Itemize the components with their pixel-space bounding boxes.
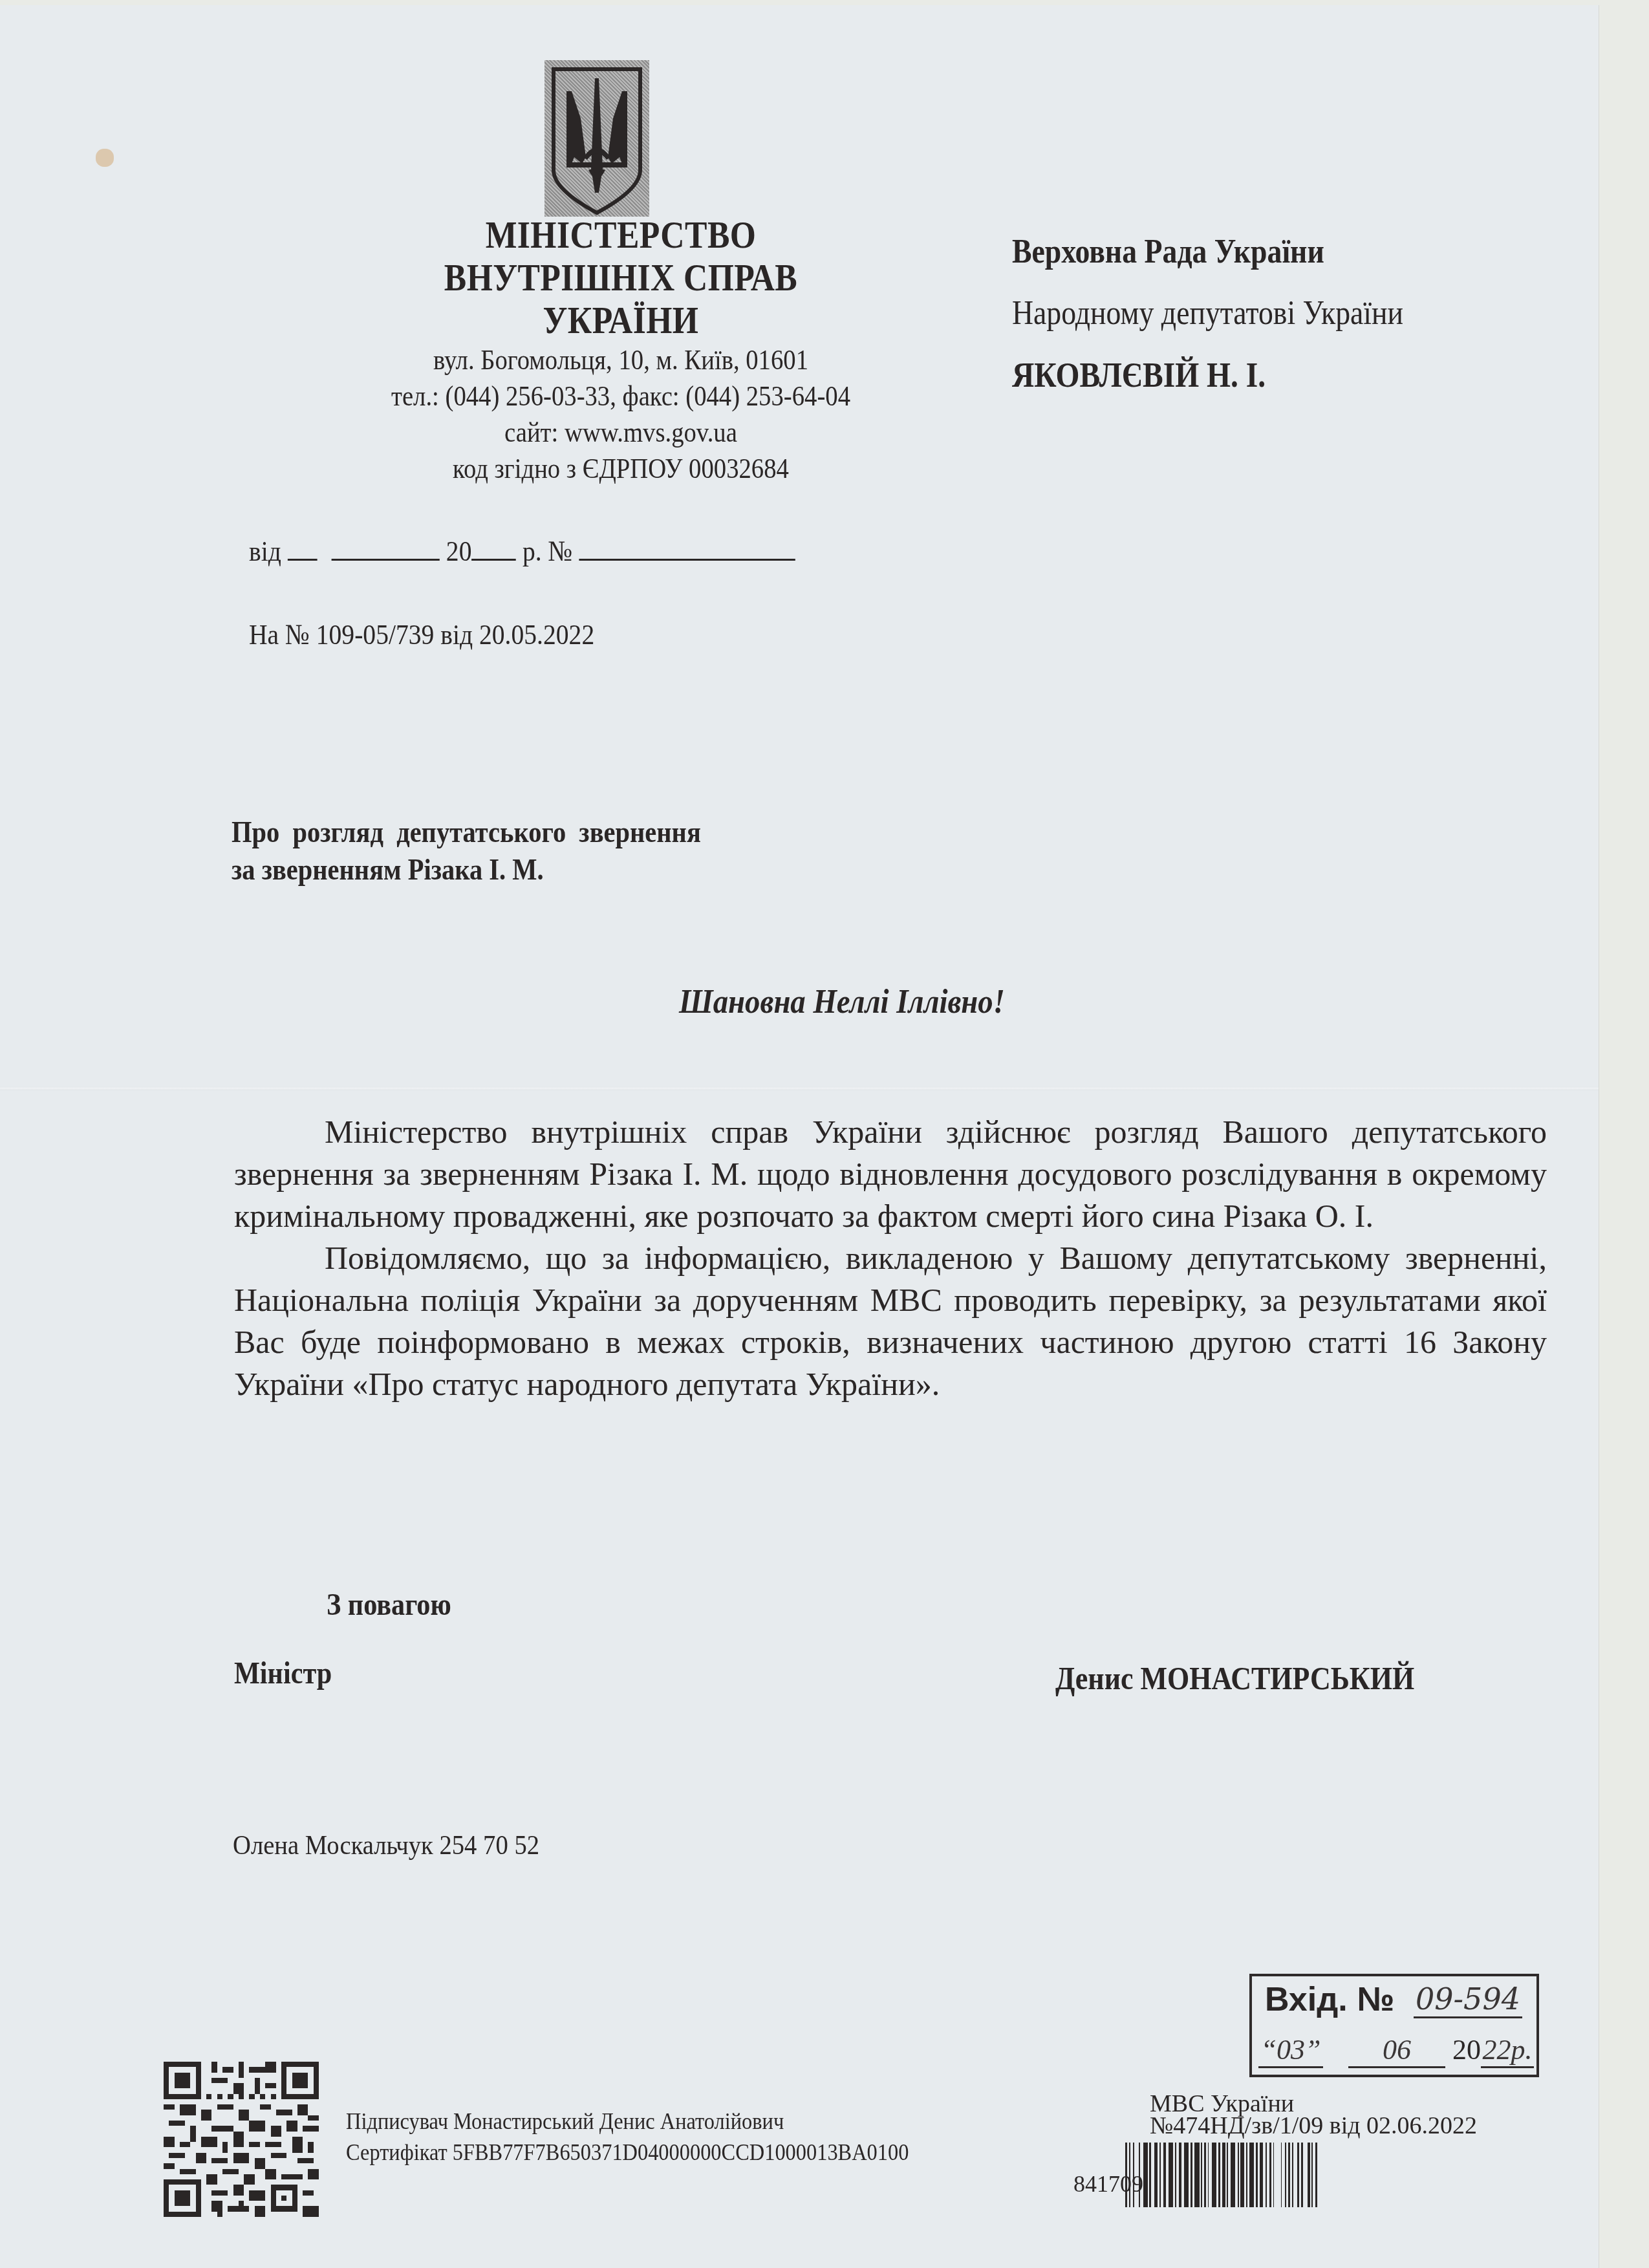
outgoing-reference-line: від 20 р. № — [249, 534, 795, 568]
year-prefix: 20 — [446, 535, 472, 567]
signer-name: Денис МОНАСТИРСЬКИЙ — [1055, 1659, 1414, 1697]
salutation: Шановна Неллі Іллівно! — [679, 983, 1005, 1021]
day-blank — [288, 537, 318, 561]
coat-of-arms-icon — [544, 60, 649, 217]
letter-subject: Про розгляд депутатського звернення за з… — [232, 814, 701, 889]
subject-line-2: за зверненням Різака І. М. — [232, 851, 701, 889]
ministry-name-line-2: ВНУТРІШНІХ СПРАВ — [321, 256, 921, 299]
signer-position: Міністр — [234, 1656, 332, 1691]
qr-code-icon — [163, 2062, 319, 2217]
barcode — [1125, 2143, 1317, 2207]
number-blank — [579, 537, 795, 561]
number-label: р. № — [523, 535, 572, 567]
barcode-icon — [1125, 2143, 1317, 2207]
stamp-number: 09-594 — [1414, 1982, 1522, 2018]
recipient-title: Народному депутатові України — [1012, 278, 1524, 349]
incoming-reference: На № 109-05/739 від 20.05.2022 — [249, 618, 594, 651]
executor-contact: Олена Москальчук 254 70 52 — [233, 1830, 539, 1861]
ministry-edrpou: код згідно з ЄДРПОУ 00032684 — [321, 450, 921, 486]
qr-code — [163, 2062, 319, 2217]
paper-fold-line — [0, 1086, 1599, 1090]
trident-icon — [544, 60, 649, 217]
stamp-date: “03” 06 2022р. — [1258, 2033, 1534, 2068]
stamp-year: 22р. — [1481, 2033, 1534, 2068]
ministry-name-line-1: МІНІСТЕРСТВО — [321, 213, 921, 256]
recipient-organization: Верховна Рада України — [1012, 226, 1524, 278]
recipient-name: ЯКОВЛЄВІЙ Н. І. — [1012, 349, 1524, 401]
letter-body: Міністерство внутрішніх справ України зд… — [234, 1111, 1547, 1405]
body-paragraph-1: Міністерство внутрішніх справ України зд… — [234, 1111, 1547, 1237]
closing-regards: З повагою — [327, 1587, 451, 1623]
from-label: від — [249, 535, 281, 567]
digital-signature-info: Підписувач Монастирський Денис Анатолійо… — [346, 2106, 909, 2168]
year-blank — [471, 537, 516, 561]
month-blank — [332, 537, 440, 561]
ministry-name-line-3: УКРАЇНИ — [321, 299, 921, 341]
recipient-block: Верховна Рада України Народному депутато… — [1012, 226, 1594, 401]
body-paragraph-2: Повідомляємо, що за інформацією, викладе… — [234, 1237, 1547, 1405]
stamp-label: Вхід. № — [1265, 1980, 1394, 2019]
registration-info: МВС України №474НД/зв/1/09 від 02.06.202… — [1150, 2093, 1477, 2137]
ministry-phones: тел.: (044) 256-03-33, факс: (044) 253-6… — [321, 378, 921, 414]
stamp-year-prefix: 20 — [1452, 2034, 1481, 2066]
ministry-address: вул. Богомольця, 10, м. Київ, 01601 — [321, 341, 921, 378]
letterhead: МІНІСТЕРСТВО ВНУТРІШНІХ СПРАВ УКРАЇНИ ву… — [272, 213, 970, 486]
incoming-registration-stamp: Вхід. № 09-594 “03” 06 2022р. — [1249, 1974, 1539, 2077]
paper-stain — [96, 149, 114, 167]
registration-org: МВС України — [1150, 2093, 1477, 2115]
signature-signer: Підписувач Монастирський Денис Анатолійо… — [346, 2106, 909, 2137]
signature-certificate: Сертифікат 5FBB77F7B650371D04000000CCD10… — [346, 2137, 909, 2168]
subject-line-1: Про розгляд депутатського звернення — [232, 814, 701, 851]
stamp-month: 06 — [1348, 2033, 1445, 2068]
registration-number: №474НД/зв/1/09 від 02.06.2022 — [1150, 2115, 1477, 2137]
stamp-day: “03” — [1258, 2033, 1323, 2068]
ministry-website: сайт: www.mvs.gov.ua — [321, 414, 921, 450]
